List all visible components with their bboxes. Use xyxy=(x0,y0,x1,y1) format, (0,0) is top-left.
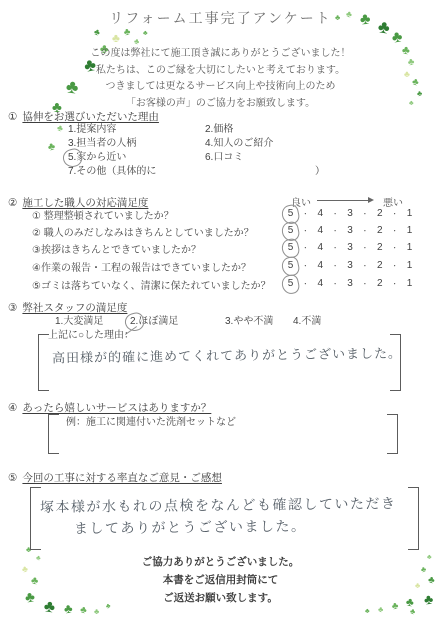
satisfaction-very: 1.大変満足 xyxy=(55,316,103,328)
rating-value-5-circled: 5 xyxy=(286,260,295,271)
section3-number: ③ xyxy=(8,302,17,314)
clover-icon: ♣ xyxy=(56,123,64,133)
clover-icon: ♣ xyxy=(409,608,416,617)
satisfaction-mostly-circled: 2.ほぼ満足 xyxy=(130,316,178,328)
scale-arrow xyxy=(317,200,369,201)
rating-separator: ・ xyxy=(332,226,339,236)
rating-separator: ・ xyxy=(361,261,368,271)
rating-separator: ・ xyxy=(361,226,368,236)
rating-value-3: 3 xyxy=(346,242,355,253)
clover-icon: ♣ xyxy=(47,141,56,153)
section1-title: 協伸をお選びいただいた理由 xyxy=(22,111,159,123)
service-bracket-right xyxy=(387,414,398,454)
comment-bracket-left xyxy=(30,487,31,550)
rating-value-2: 2 xyxy=(375,278,384,289)
clover-icon: ♣ xyxy=(79,606,87,617)
question-reporting: ④作業の報告・工程の報告はできていましたか？ xyxy=(32,259,251,274)
rating-row-1: 5・4・3・2・1 xyxy=(286,207,414,220)
comment-bracket-right xyxy=(408,487,419,550)
rating-value-4: 4 xyxy=(316,242,325,253)
option-staff-personality: 3.担当者の人柄 xyxy=(68,138,136,150)
intro-line-2: 私たちは、このご縁を大切にしたいと考えております。 xyxy=(0,63,441,80)
section4-heading: ④あったら嬉しいサービスはありますか？ xyxy=(8,400,211,415)
rating-value-4: 4 xyxy=(316,260,325,271)
rating-value-1: 1 xyxy=(405,278,414,289)
clover-icon: ♣ xyxy=(365,608,370,615)
section3-title: 弊社スタッフの満足度 xyxy=(22,302,127,314)
rating-row-5: 5・4・3・2・1 xyxy=(286,277,414,290)
option-price: 2.価格 xyxy=(205,124,233,136)
rating-separator: ・ xyxy=(391,226,398,236)
option-other-close-paren: ） xyxy=(315,166,325,178)
section5-number: ⑤ xyxy=(8,472,17,484)
rating-value-5-circled: 5 xyxy=(286,242,295,253)
question-tidiness: ① 整理整頓されていましたか？ xyxy=(32,207,174,222)
section4-number: ④ xyxy=(8,402,17,414)
comment-handwritten-line1: 塚本様が水もれの点検をなんども確認していただき xyxy=(40,493,397,517)
rating-value-3: 3 xyxy=(346,225,355,236)
rating-separator: ・ xyxy=(332,261,339,271)
rating-separator: ・ xyxy=(361,243,368,253)
clover-icon: ♣ xyxy=(143,30,148,37)
service-example-text: 例：施工に関連付いた洗剤セットなど xyxy=(66,417,236,429)
rating-separator: ・ xyxy=(361,209,368,219)
rating-value-3: 3 xyxy=(346,260,355,271)
rating-separator: ・ xyxy=(302,226,309,236)
rating-separator: ・ xyxy=(391,279,398,289)
rating-row-4: 5・4・3・2・1 xyxy=(286,259,414,272)
rating-separator: ・ xyxy=(391,209,398,219)
rating-value-2: 2 xyxy=(375,208,384,219)
section5-heading: ⑤今回の工事に対する率直なご意見・ご感想 xyxy=(8,470,222,485)
rating-value-1: 1 xyxy=(405,208,414,219)
rating-value-5-circled: 5 xyxy=(286,225,295,236)
rating-value-3: 3 xyxy=(346,278,355,289)
intro-line-1: この度は弊社にて施工頂き誠にありがとうございました！ xyxy=(0,46,441,63)
rating-separator: ・ xyxy=(302,209,309,219)
section3-heading: ③弊社スタッフの満足度 xyxy=(8,300,127,315)
clover-icon: ♣ xyxy=(94,608,99,616)
rating-value-2: 2 xyxy=(375,260,384,271)
rating-row-2: 5・4・3・2・1 xyxy=(286,224,414,237)
footer-line-2: 本書をご返信用封筒にて xyxy=(0,571,441,589)
rating-value-4: 4 xyxy=(316,208,325,219)
rating-separator: ・ xyxy=(391,243,398,253)
rating-separator: ・ xyxy=(332,243,339,253)
section1-heading: ①協伸をお選びいただいた理由 xyxy=(8,109,159,124)
intro-text: この度は弊社にて施工頂き誠にありがとうございました！ 私たちは、このご縁を大切に… xyxy=(0,46,441,112)
rating-separator: ・ xyxy=(332,209,339,219)
rating-value-5-circled: 5 xyxy=(286,208,295,219)
rating-value-3: 3 xyxy=(346,208,355,219)
rating-value-1: 1 xyxy=(405,242,414,253)
rating-separator: ・ xyxy=(361,279,368,289)
reason-handwritten-text: 高田様が的確に進めてくれてありがとうございました。 xyxy=(52,343,402,367)
question-greeting: ③挨拶はきちんとできていましたか？ xyxy=(32,241,201,256)
question-grooming: ② 職人のみだしなみはきちんとしていましたか？ xyxy=(32,224,254,239)
rating-value-4: 4 xyxy=(316,225,325,236)
clover-icon: ♣ xyxy=(378,606,384,614)
rating-value-4: 4 xyxy=(316,278,325,289)
footer-text: ご協力ありがとうございました。 本書をご返信用封筒にて ご返送お願い致します。 xyxy=(0,553,441,607)
answer-bracket-left xyxy=(38,334,39,391)
satisfaction-unhappy: 4.不満 xyxy=(293,316,321,328)
clover-icon: ♣ xyxy=(123,28,131,39)
section2-number: ② xyxy=(8,197,17,209)
option-near-home-circled: 5.家から近い xyxy=(68,152,126,164)
rating-value-1: 1 xyxy=(405,225,414,236)
survey-form-scan: ♣♣♣♣♣♣♣♣♣♣♣♣♣♣♣♣♣♣♣♣♣♣♣♣♣♣♣♣♣♣♣♣♣♣♣♣♣♣♣♣… xyxy=(0,0,441,623)
rating-value-1: 1 xyxy=(405,260,414,271)
option-word-of-mouth: 6.口コミ xyxy=(205,152,243,164)
rating-separator: ・ xyxy=(302,279,309,289)
clover-icon: ♣ xyxy=(112,32,120,44)
service-bracket-left xyxy=(48,414,49,454)
option-other: 7.その他（具体的に xyxy=(68,166,156,178)
section5-title: 今回の工事に対する率直なご意見・ご感想 xyxy=(22,472,222,484)
page-title: リフォーム工事完了アンケート xyxy=(0,8,441,28)
option-proposal: 1.提案内容 xyxy=(68,124,116,136)
option-referral: 4.知人のご紹介 xyxy=(205,138,273,150)
section1-number: ① xyxy=(8,111,17,123)
footer-line-1: ご協力ありがとうございました。 xyxy=(0,553,441,571)
clover-icon: ♣ xyxy=(93,27,101,37)
section4-title: あったら嬉しいサービスはありますか？ xyxy=(22,402,211,414)
satisfaction-somewhat-unhappy: 3.やや不満 xyxy=(225,316,273,328)
rating-separator: ・ xyxy=(332,279,339,289)
rating-value-5-circled: 5 xyxy=(286,278,295,289)
rating-value-2: 2 xyxy=(375,242,384,253)
intro-line-3: つきましては更なるサービス向上や技術向上のため xyxy=(0,79,441,96)
footer-line-3: ご返送お願い致します。 xyxy=(0,589,441,607)
rating-row-3: 5・4・3・2・1 xyxy=(286,241,414,254)
comment-handwritten-line2: ましてありがとうございました。 xyxy=(74,516,307,538)
question-cleanliness: ⑤ゴミは落ちていなく、清潔に保たれていましたか？ xyxy=(32,277,271,292)
rating-separator: ・ xyxy=(302,243,309,253)
reason-label: 上記に○した理由： xyxy=(48,330,134,342)
rating-value-2: 2 xyxy=(375,225,384,236)
rating-separator: ・ xyxy=(302,261,309,271)
rating-separator: ・ xyxy=(391,261,398,271)
